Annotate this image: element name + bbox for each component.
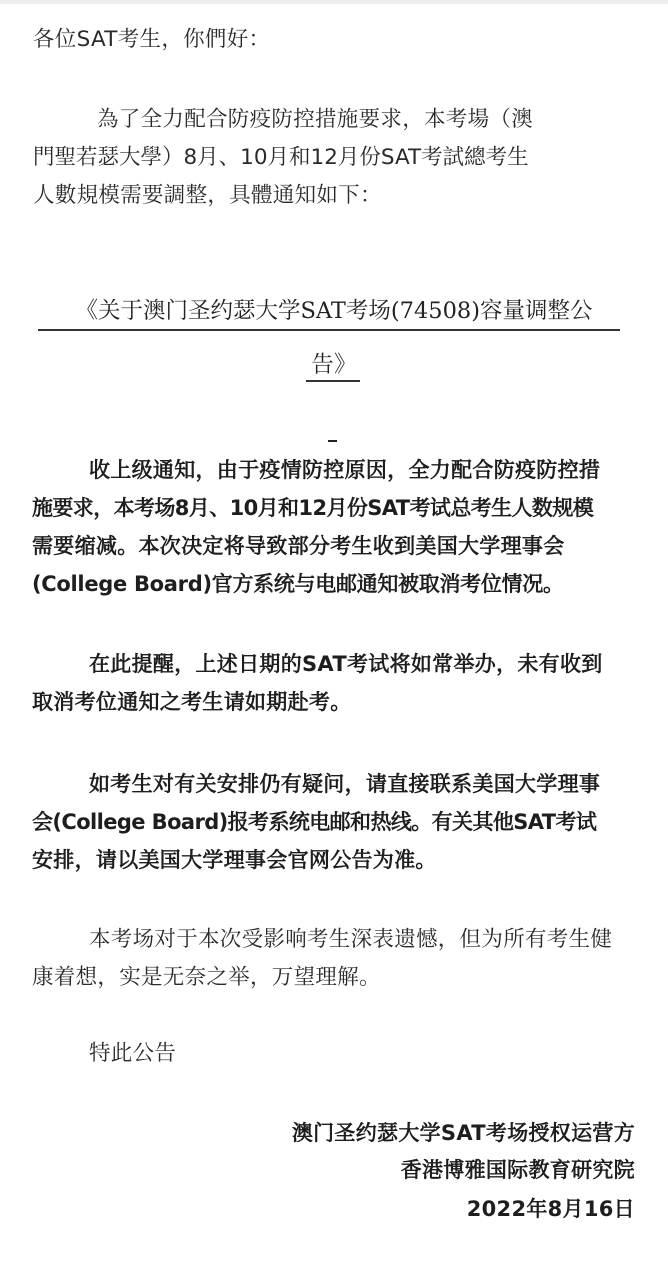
title-underline bbox=[38, 329, 620, 331]
separator-dash bbox=[328, 440, 337, 442]
paragraph-line: 需要缩减。本次决定将导致部分考生收到美国大学理事会 bbox=[32, 533, 565, 559]
signature-organization: 澳门圣约瑟大学SAT考场授权运营方 bbox=[292, 1120, 635, 1146]
signature-date: 2022年8月16日 bbox=[467, 1196, 635, 1222]
paragraph-line: 收上级通知，由于疫情防控原因，全力配合防疫防控措 bbox=[89, 457, 600, 483]
intro-line: 為了全力配合防疫防控措施要求，本考場（澳 bbox=[97, 107, 533, 133]
paragraph-line: 在此提醒，上述日期的SAT考试将如常举办，未有收到 bbox=[89, 651, 603, 677]
top-edge bbox=[0, 0, 668, 4]
paragraph-line: 取消考位通知之考生请如期赴考。 bbox=[32, 689, 352, 715]
closing-text: 特此公告 bbox=[89, 1041, 176, 1067]
paragraph-line: 施要求，本考场8月、10月和12月份SAT考试总考生人数规模 bbox=[32, 495, 593, 521]
paragraph-line: 如考生对有关安排仍有疑问，请直接联系美国大学理事 bbox=[89, 771, 600, 797]
paragraph-line: 康着想，实是无奈之举，万望理解。 bbox=[32, 965, 381, 991]
intro-line: 人數規模需要調整，具體通知如下： bbox=[33, 183, 382, 209]
title-underline bbox=[306, 380, 360, 382]
notice-title-line: 告》 bbox=[300, 352, 368, 378]
paragraph-line: 安排，请以美国大学理事会官网公告为准。 bbox=[32, 847, 437, 873]
paragraph-line: 会(College Board)报考系统电邮和热线。有关其他SAT考试 bbox=[32, 809, 596, 835]
paragraph-line: 本考场对于本次受影响考生深表遗憾，但为所有考生健 bbox=[89, 927, 612, 953]
intro-line: 門聖若瑟大學）8月、10月和12月份SAT考試總考生 bbox=[33, 145, 529, 171]
notice-title-line: 《关于澳门圣约瑟大学SAT考场(74508)容量调整公 bbox=[48, 298, 620, 324]
signature-institute: 香港博雅国际教育研究院 bbox=[401, 1157, 635, 1183]
paragraph-line: (College Board)官方系统与电邮通知被取消考位情况。 bbox=[32, 571, 564, 597]
greeting: 各位SAT考生，你們好： bbox=[33, 27, 270, 53]
